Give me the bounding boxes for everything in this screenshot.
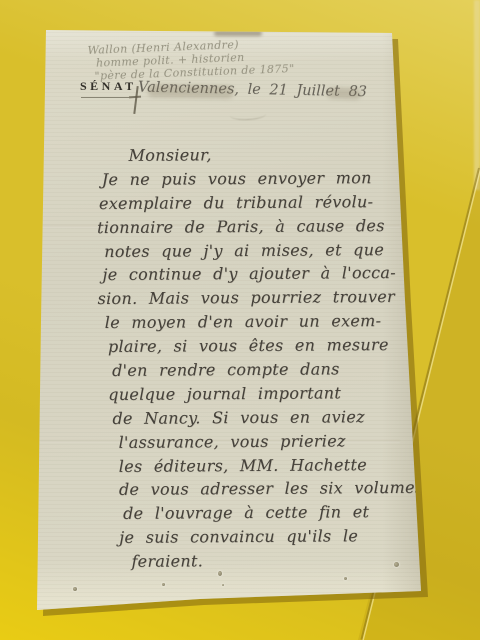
handwritten-line: feraient. [131,548,416,574]
letterhead-rule [81,97,129,98]
pinhole [222,584,224,586]
handwritten-line: je suis convaincu qu'ils le [119,524,416,550]
handwritten-line: sion. Mais vous pourriez trouver [98,285,415,311]
handwritten-line: de vous adresser les six volumes [119,476,416,502]
handwritten-line: d'en rendre compte dans [112,357,415,383]
handwritten-line: notes que j'y ai mises, et que [104,237,414,263]
ink-smudge [327,87,361,99]
handwritten-line: exemplaire du tribunal révolu- [99,190,414,216]
handwritten-line: plaire, si vous êtes en mesure [108,333,415,359]
pinhole [162,583,165,586]
handwritten-line: quelque journal important [108,381,415,407]
pencil-squiggle [230,109,266,121]
handwritten-line: de l'ouvrage à cette fin et [123,500,416,526]
pinhole [218,571,222,576]
handwritten-line: tionnaire de Paris, à cause des [97,214,414,240]
photo-of-letter: Wallon (Henri Alexandre) homme polit. + … [0,0,480,640]
handwritten-line: l'assurance, vous prieriez [119,429,416,455]
pinhole [344,577,347,580]
pencil-annotation: Wallon (Henri Alexandre) homme polit. + … [87,36,295,83]
ink-smudge [148,84,233,98]
handwritten-line: de Nancy. Si vous en aviez [112,405,415,431]
handwritten-line: Monsieur, [129,142,414,168]
background-right-edge-highlight [474,0,480,190]
handwritten-line: Je ne puis vous envoyer mon [102,166,414,192]
letter-body: Monsieur,Je ne puis vous envoyer monexem… [84,142,417,574]
handwritten-line: je continue d'y ajouter à l'occa- [102,261,414,287]
handwritten-line: le moyen d'en avoir un exem- [105,309,415,335]
pinhole [73,587,77,591]
pinhole [394,562,399,567]
handwritten-line: les éditeurs, MM. Hachette [119,452,416,478]
